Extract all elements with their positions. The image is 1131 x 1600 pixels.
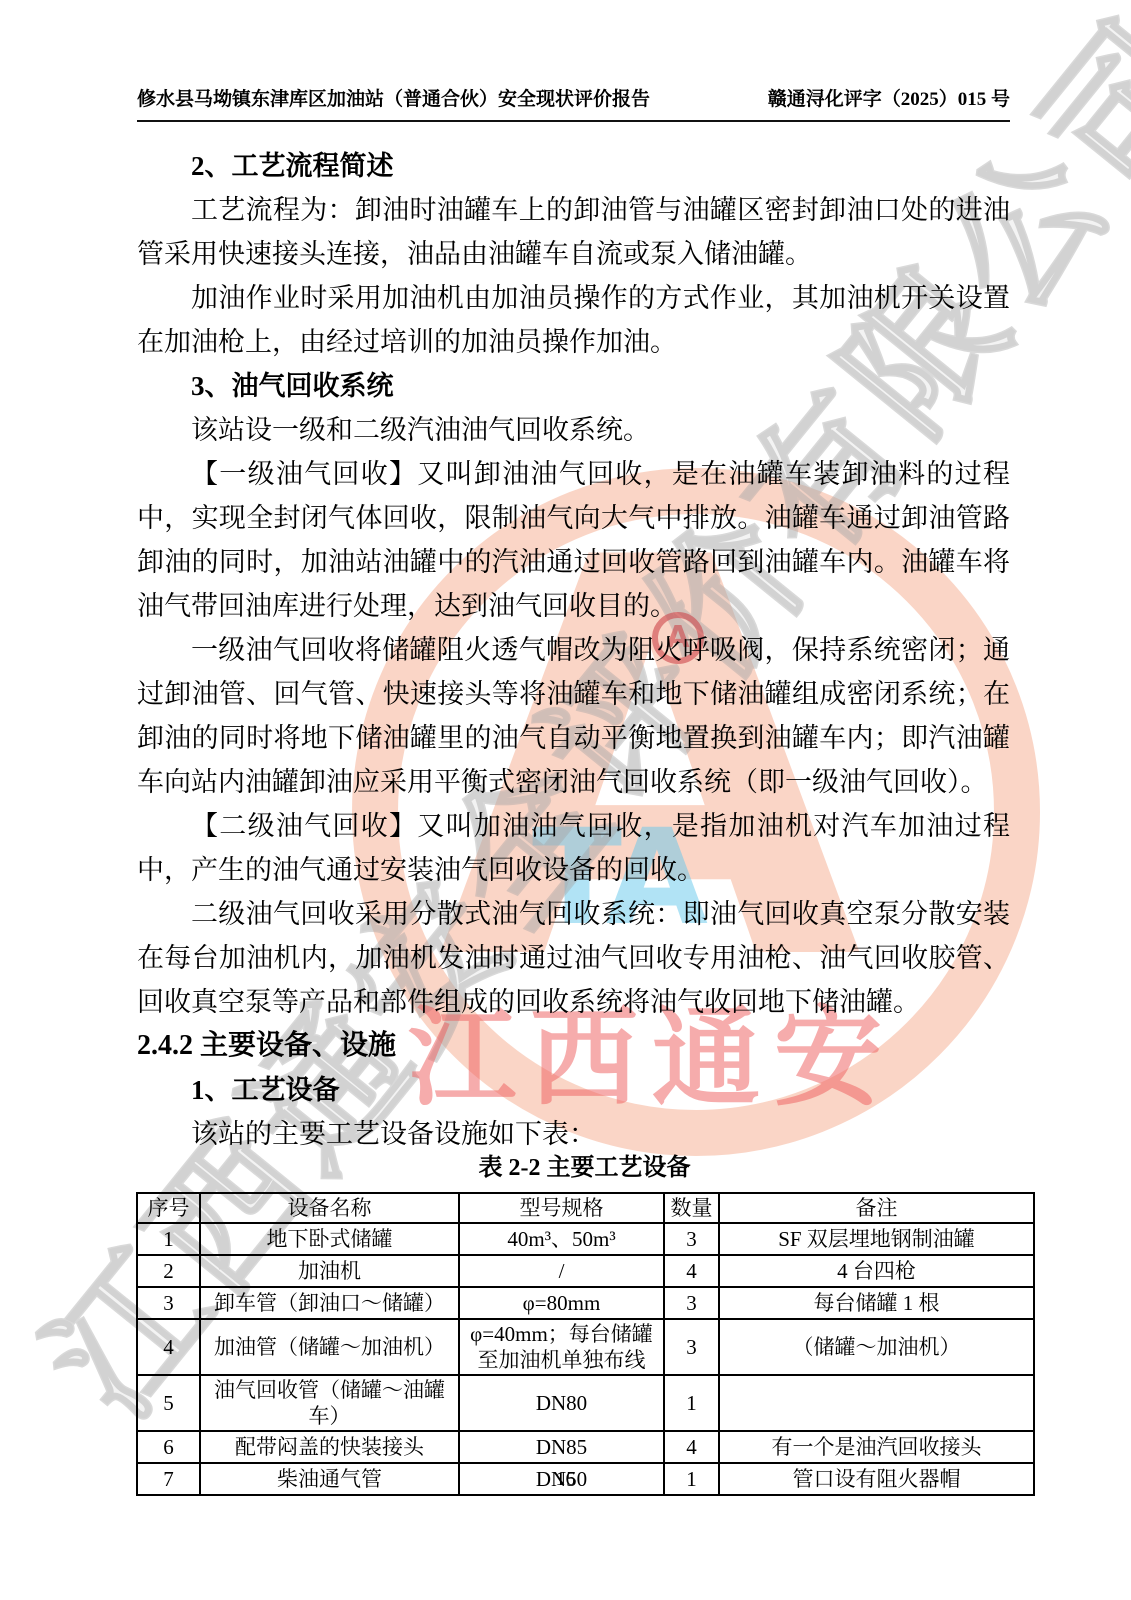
cell-remarks: 4 台四枪	[719, 1255, 1034, 1287]
cell-remarks	[719, 1375, 1034, 1431]
cell-quantity: 4	[664, 1255, 719, 1287]
para-vapor-1: 【一级油气回收】又叫卸油油气回收，是在油罐车装卸油料的过程中，实现全封闭气体回收…	[137, 452, 1010, 628]
col-header-remarks: 备注	[719, 1193, 1034, 1223]
cell-model-spec: φ=40mm；每台储罐至加油机单独布线	[459, 1319, 664, 1375]
header-doc-number: 赣通浔化评字（2025）015 号	[768, 88, 1010, 112]
table-header-row: 序号 设备名称 型号规格 数量 备注	[137, 1193, 1034, 1223]
table-row: 5 油气回收管（储罐～油罐车） DN80 1	[137, 1375, 1034, 1431]
heading-vapor-recovery: 3、油气回收系统	[137, 364, 1010, 408]
cell-index: 1	[137, 1223, 200, 1255]
cell-model-spec: DN80	[459, 1375, 664, 1431]
heading-process-equipment: 1、工艺设备	[137, 1068, 1010, 1112]
cell-quantity: 1	[664, 1375, 719, 1431]
equipment-table-block: 表 2-2 主要工艺设备 序号 设备名称 型号规格 数量 备注	[136, 1150, 1033, 1496]
report-page: A TA 江西通安全评价有限公司 A 江西通安 修水县马坳镇东津库区加油站（普通…	[0, 0, 1131, 1600]
cell-quantity: 3	[664, 1287, 719, 1319]
cell-quantity: 3	[664, 1223, 719, 1255]
cell-model-spec: 40m³、50m³	[459, 1223, 664, 1255]
cell-quantity: 4	[664, 1431, 719, 1463]
cell-model-spec: DN85	[459, 1431, 664, 1463]
table-row: 6 配带闷盖的快装接头 DN85 4 有一个是油汽回收接头	[137, 1431, 1034, 1463]
table-caption: 表 2-2 主要工艺设备	[136, 1150, 1033, 1186]
page-header: 修水县马坳镇东津库区加油站（普通合伙）安全现状评价报告 赣通浔化评字（2025）…	[137, 88, 1010, 112]
equipment-table: 序号 设备名称 型号规格 数量 备注 1 地下卧式储罐 40m³、50m³ 3 …	[136, 1192, 1035, 1496]
col-header-quantity: 数量	[664, 1193, 719, 1223]
para-vapor-2: 一级油气回收将储罐阻火透气帽改为阻火呼吸阀，保持系统密闭；通过卸油管、回气管、快…	[137, 628, 1010, 804]
cell-index: 5	[137, 1375, 200, 1431]
heading-process-flow: 2、工艺流程简述	[137, 144, 1010, 188]
cell-index: 6	[137, 1431, 200, 1463]
col-header-model-spec: 型号规格	[459, 1193, 664, 1223]
table-row: 1 地下卧式储罐 40m³、50m³ 3 SF 双层埋地钢制油罐	[137, 1223, 1034, 1255]
body-text: 2、工艺流程简述 工艺流程为：卸油时油罐车上的卸油管与油罐区密封卸油口处的进油管…	[137, 144, 1010, 1148]
cell-model-spec: φ=80mm	[459, 1287, 664, 1319]
cell-remarks: 有一个是油汽回收接头	[719, 1431, 1034, 1463]
cell-remarks: （储罐～加油机）	[719, 1319, 1034, 1375]
header-rule	[137, 120, 1010, 122]
cell-equipment-name: 加油机	[200, 1255, 459, 1287]
para-process-2: 加油作业时采用加油机由加油员操作的方式作业，其加油机开关设置在加油枪上，由经过培…	[137, 276, 1010, 364]
cell-equipment-name: 地下卧式储罐	[200, 1223, 459, 1255]
cell-model-spec: /	[459, 1255, 664, 1287]
col-header-equipment-name: 设备名称	[200, 1193, 459, 1223]
para-vapor-3: 【二级油气回收】又叫加油油气回收，是指加油机对汽车加油过程中，产生的油气通过安装…	[137, 804, 1010, 892]
page-number: 16	[0, 1468, 1131, 1491]
table-row: 4 加油管（储罐～加油机） φ=40mm；每台储罐至加油机单独布线 3 （储罐～…	[137, 1319, 1034, 1375]
cell-index: 4	[137, 1319, 200, 1375]
cell-remarks: 每台储罐 1 根	[719, 1287, 1034, 1319]
cell-remarks: SF 双层埋地钢制油罐	[719, 1223, 1034, 1255]
cell-index: 3	[137, 1287, 200, 1319]
cell-quantity: 3	[664, 1319, 719, 1375]
page-content: 修水县马坳镇东津库区加油站（普通合伙）安全现状评价报告 赣通浔化评字（2025）…	[0, 0, 1131, 1600]
cell-equipment-name: 加油管（储罐～加油机）	[200, 1319, 459, 1375]
cell-equipment-name: 配带闷盖的快装接头	[200, 1431, 459, 1463]
para-vapor-0: 该站设一级和二级汽油油气回收系统。	[137, 408, 1010, 452]
heading-section-242: 2.4.2 主要设备、设施	[137, 1024, 1010, 1068]
header-report-title: 修水县马坳镇东津库区加油站（普通合伙）安全现状评价报告	[137, 88, 650, 112]
para-vapor-4: 二级油气回收采用分散式油气回收系统：即油气回收真空泵分散安装在每台加油机内，加油…	[137, 892, 1010, 1024]
para-equipment-intro: 该站的主要工艺设备设施如下表：	[137, 1112, 1010, 1148]
table-row: 3 卸车管（卸油口～储罐） φ=80mm 3 每台储罐 1 根	[137, 1287, 1034, 1319]
table-row: 2 加油机 / 4 4 台四枪	[137, 1255, 1034, 1287]
cell-equipment-name: 卸车管（卸油口～储罐）	[200, 1287, 459, 1319]
cell-equipment-name: 油气回收管（储罐～油罐车）	[200, 1375, 459, 1431]
col-header-index: 序号	[137, 1193, 200, 1223]
cell-index: 2	[137, 1255, 200, 1287]
para-process-1: 工艺流程为：卸油时油罐车上的卸油管与油罐区密封卸油口处的进油管采用快速接头连接，…	[137, 188, 1010, 276]
